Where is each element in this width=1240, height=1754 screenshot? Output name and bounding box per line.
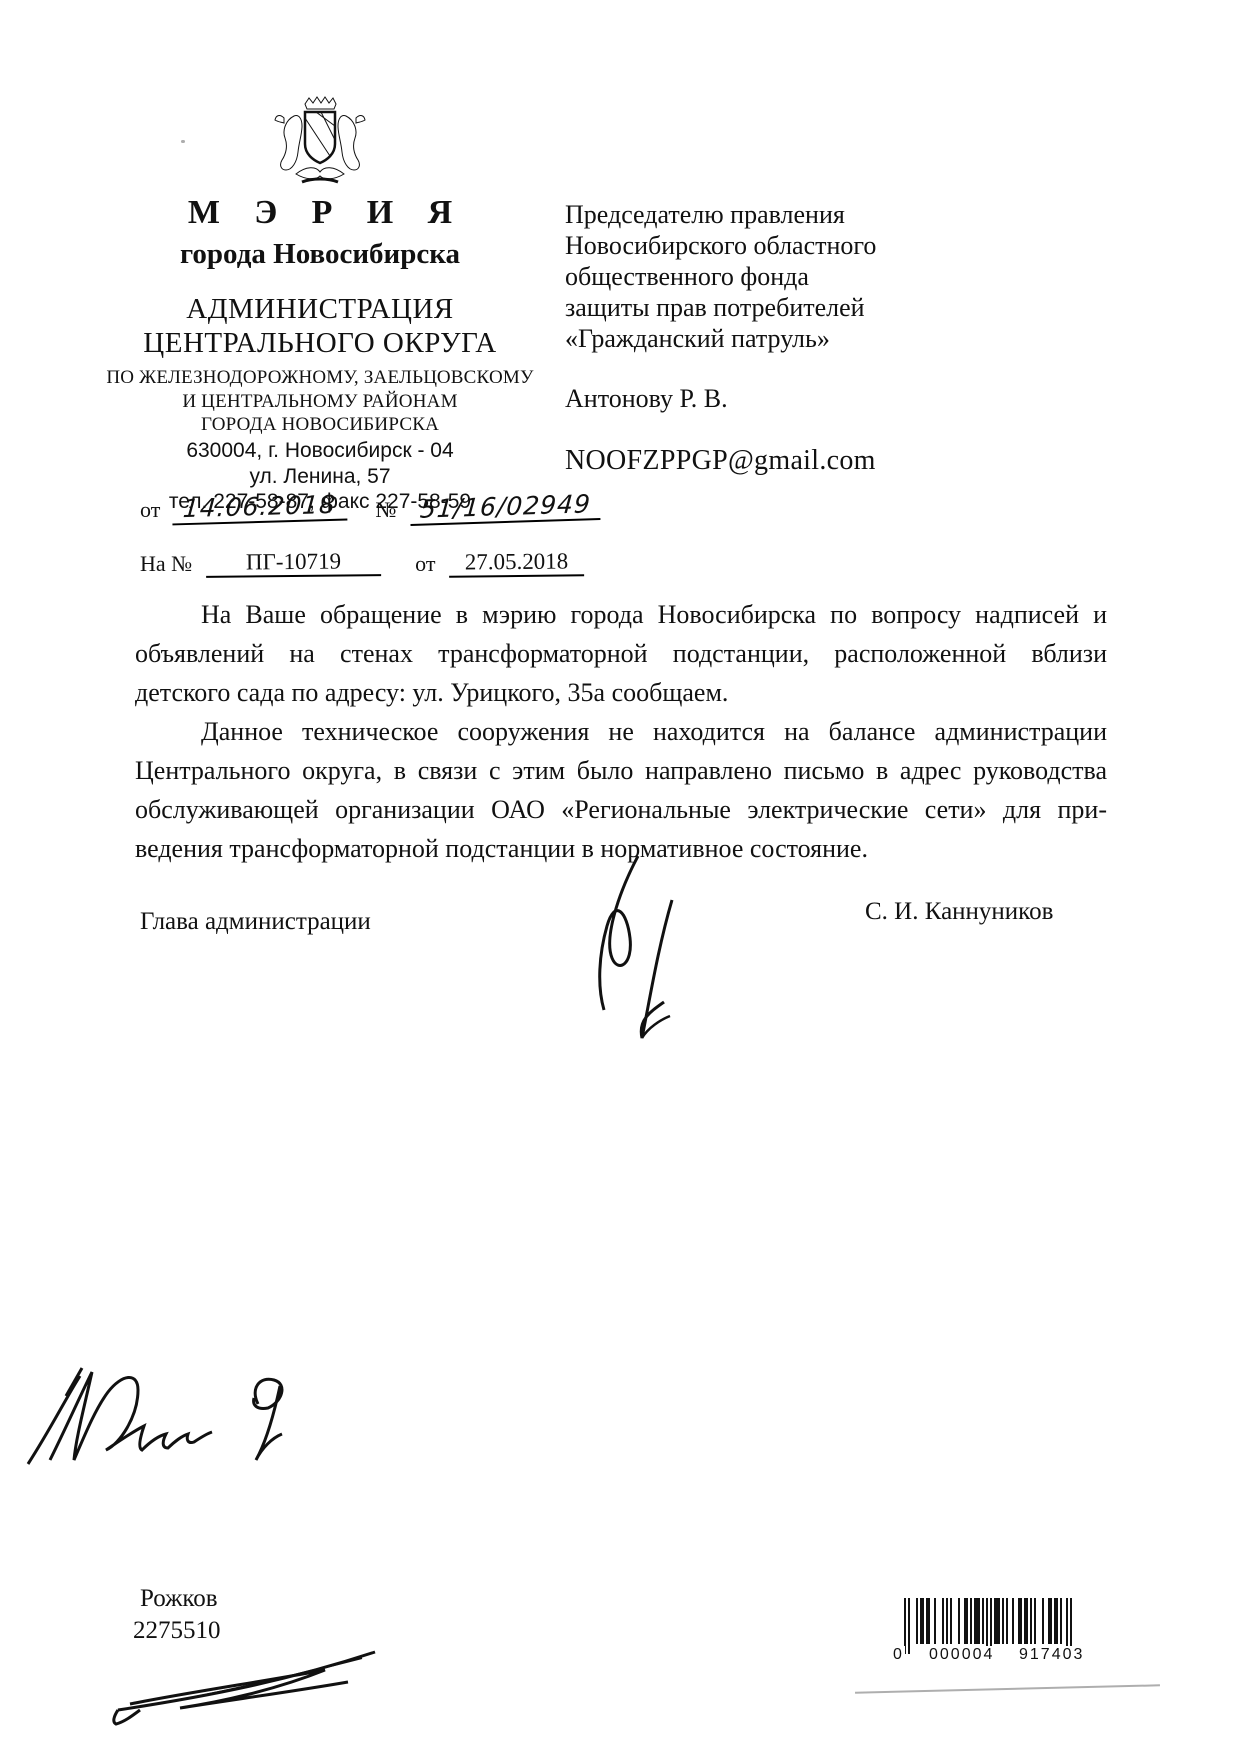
dept-line1: АДМИНИСТРАЦИЯ xyxy=(90,293,550,325)
incoming-date-blank: 27.05.2018 xyxy=(449,548,584,577)
secondary-signature xyxy=(100,1638,390,1728)
districts-line3: ГОРОДА НОВОСИБИРСКА xyxy=(90,414,550,435)
recipient-org-line: защиты прав потребителей xyxy=(565,292,1015,323)
scan-artifact-dot xyxy=(181,140,185,143)
executor-signature xyxy=(22,1338,337,1503)
novosibirsk-coat-of-arms-icon xyxy=(272,96,368,190)
body-text-line: Данное техническое сооружения не находит… xyxy=(135,712,1107,751)
reply-from-label: от xyxy=(415,551,435,576)
recipient-org-line: общественного фонда xyxy=(565,261,1015,292)
postal-address: 630004, г. Новосибирск - 04 xyxy=(90,439,550,463)
letter-page: М Э Р И Я города Новосибирска АДМИНИСТРА… xyxy=(0,0,1240,1754)
body-text-line: Центрального округа, в связи с этим было… xyxy=(135,751,1107,790)
scan-artifact-line xyxy=(855,1684,1160,1693)
outgoing-date-value: 14.06.2018 xyxy=(182,490,337,523)
signer-position: Глава администрации xyxy=(140,908,371,936)
head-signature xyxy=(552,852,727,1042)
recipient-org-line: «Гражданский патруль» xyxy=(565,323,1015,354)
number-label: № xyxy=(375,497,396,522)
recipient-org-line: Новосибирского областного xyxy=(565,230,1015,261)
sender-block: М Э Р И Я города Новосибирска АДМИНИСТРА… xyxy=(90,194,550,514)
body-text-line: детского сада по адресу: ул. Урицкого, 3… xyxy=(135,673,1107,712)
recipient-block: Председателю правленияНовосибирского обл… xyxy=(565,199,1015,476)
body-text-line: обслуживающей организации ОАО «Региональ… xyxy=(135,790,1107,829)
registration-barcode: 0 000004 917403 xyxy=(892,1598,1102,1674)
outgoing-number-value: 51/16/02949 xyxy=(419,489,592,523)
recipient-name: Антонову Р. В. xyxy=(565,383,1015,414)
incoming-number-value: ПГ-10719 xyxy=(246,549,341,575)
outgoing-number-blank: 51/16/02949 xyxy=(410,489,601,526)
barcode-digits-right-group: 917403 xyxy=(1016,1646,1087,1664)
districts-line1: ПО ЖЕЛЕЗНОДОРОЖНОМУ, ЗАЕЛЬЦОВСКОМУ xyxy=(90,367,550,388)
letter-body: На Ваше обращение в мэрию города Новосиб… xyxy=(135,595,1107,868)
recipient-org-line: Председателю правления xyxy=(565,199,1015,230)
org-subtitle: города Новосибирска xyxy=(90,238,550,270)
from-label: от xyxy=(140,497,160,522)
outgoing-reference-line: от14.06.2018№51/16/02949 xyxy=(140,492,600,523)
districts-line2: И ЦЕНТРАЛЬНОМУ РАЙОНАМ xyxy=(90,391,550,412)
incoming-reference-line: На №ПГ-10719от27.05.2018 xyxy=(140,549,584,577)
recipient-org-lines: Председателю правленияНовосибирского обл… xyxy=(565,199,1015,354)
org-title: М Э Р И Я xyxy=(90,194,550,232)
incoming-number-blank: ПГ-10719 xyxy=(206,548,381,578)
body-text-line: На Ваше обращение в мэрию города Новосиб… xyxy=(135,595,1107,634)
dept-line2: ЦЕНТРАЛЬНОГО ОКРУГА xyxy=(90,327,550,359)
outgoing-date-blank: 14.06.2018 xyxy=(172,490,348,526)
barcode-digits-left-group: 000004 xyxy=(926,1646,997,1664)
body-text-line: объявлений на стенах трансформаторной по… xyxy=(135,634,1107,673)
executor-name: Рожков xyxy=(140,1585,218,1613)
reply-label: На № xyxy=(140,551,192,576)
barcode-digit-first: 0 xyxy=(892,1646,905,1664)
recipient-email: NOOFZPPGP@gmail.com xyxy=(565,445,1015,476)
signer-name: С. И. Каннуников xyxy=(865,898,1053,926)
street-address: ул. Ленина, 57 xyxy=(90,465,550,489)
incoming-date-value: 27.05.2018 xyxy=(465,548,569,574)
